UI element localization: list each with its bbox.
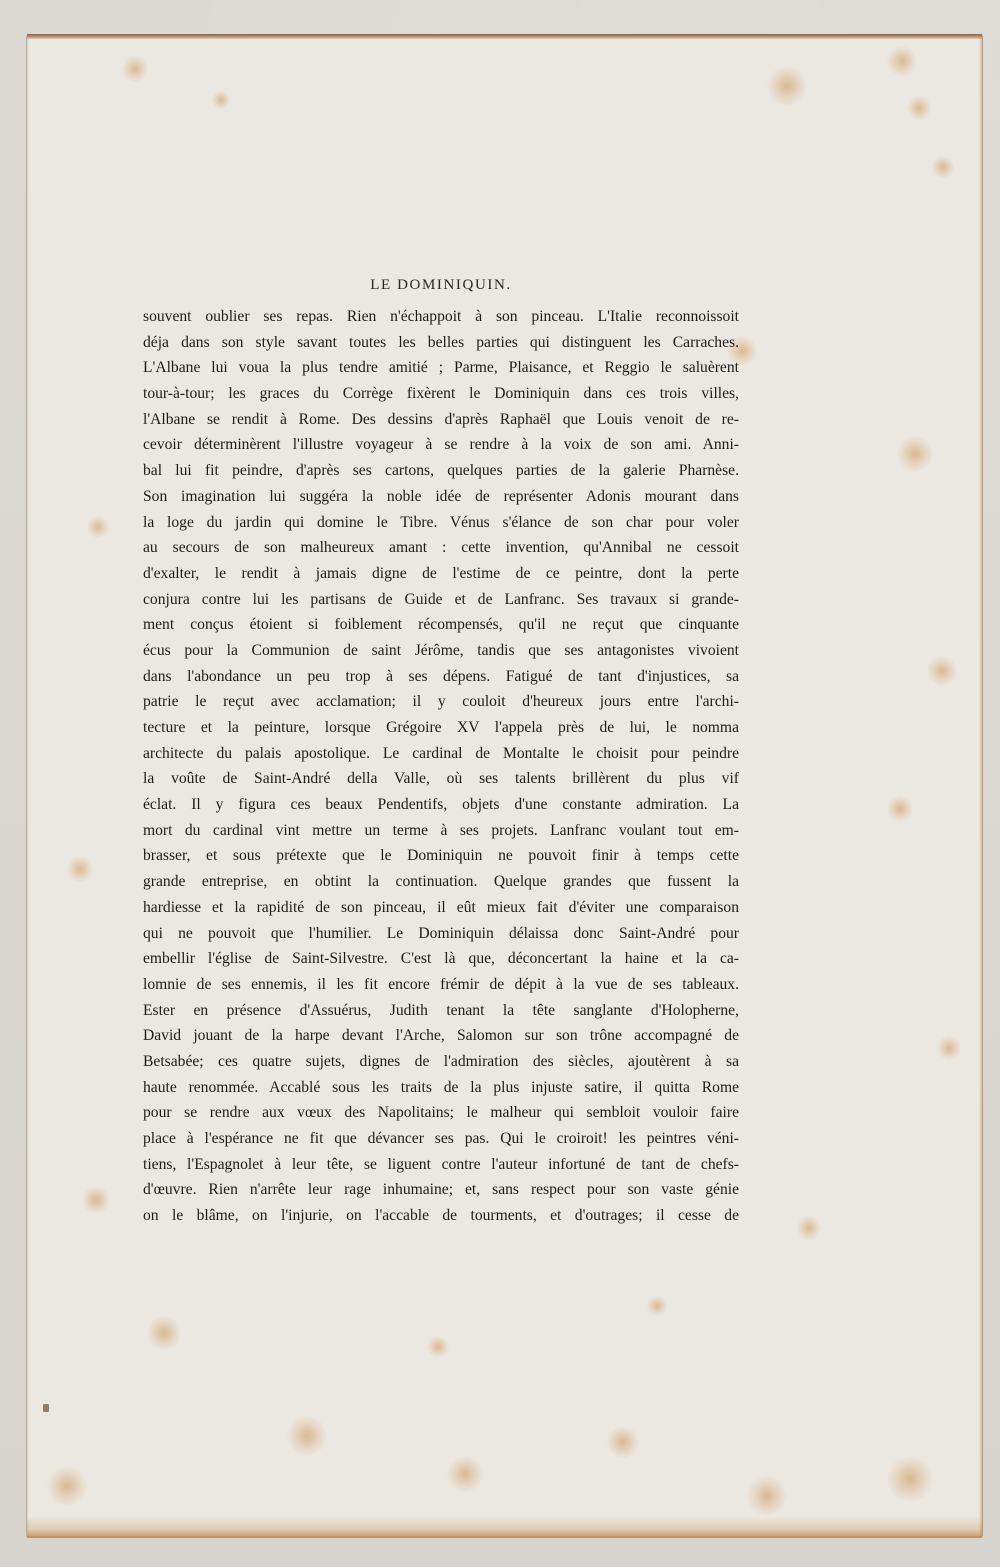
- foxing-stain: [447, 1456, 483, 1492]
- text-line: au secours de son malheureux amant : cet…: [143, 535, 739, 561]
- text-line: tour-à-tour; les graces du Corrège fixèr…: [143, 381, 739, 407]
- text-line: Ester en présence d'Assuérus, Judith ten…: [143, 998, 739, 1024]
- paper-edge-mark: [43, 1404, 49, 1412]
- foxing-stain: [932, 156, 954, 178]
- text-line: pour se rendre aux vœux des Napolitains;…: [143, 1100, 739, 1126]
- text-line: brasser, et sous prétexte que le Dominiq…: [143, 843, 739, 869]
- foxing-stain: [82, 1186, 110, 1214]
- running-title: LE DOMINIQUIN.: [143, 274, 739, 296]
- text-line: place à l'espérance ne fit que dévancer …: [143, 1126, 739, 1152]
- page-content: LE DOMINIQUIN. souvent oublier ses repas…: [143, 274, 739, 1229]
- foxing-stain: [747, 1476, 787, 1516]
- text-line: écus pour la Communion de saint Jérôme, …: [143, 638, 739, 664]
- text-line: architecte du palais apostolique. Le car…: [143, 741, 739, 767]
- sheet-bottom-edge: [27, 1516, 982, 1538]
- text-line: grande entreprise, en obtint la continua…: [143, 869, 739, 895]
- text-line: on le blâme, on l'injurie, on l'accable …: [143, 1203, 739, 1229]
- foxing-stain: [647, 1296, 667, 1316]
- foxing-stain: [887, 1456, 933, 1502]
- text-line: l'Albane se rendit à Rome. Des dessins d…: [143, 407, 739, 433]
- foxing-stain: [47, 1466, 87, 1506]
- foxing-stain: [212, 91, 230, 109]
- text-line: souvent oublier ses repas. Rien n'échapp…: [143, 304, 739, 330]
- sheet-left-edge: [26, 36, 29, 1536]
- text-line: éclat. Il y figura ces beaux Pendentifs,…: [143, 792, 739, 818]
- foxing-stain: [122, 56, 148, 82]
- text-line: qui ne pouvoit que l'humilier. Le Domini…: [143, 921, 739, 947]
- text-line: Betsabée; ces quatre sujets, dignes de l…: [143, 1049, 739, 1075]
- text-line: la loge du jardin qui domine le Tibre. V…: [143, 510, 739, 536]
- text-line: Son imagination lui suggéra la noble idé…: [143, 484, 739, 510]
- text-line: déja dans son style savant toutes les be…: [143, 330, 739, 356]
- sheet-top-edge: [27, 34, 982, 39]
- text-line: David jouant de la harpe devant l'Arche,…: [143, 1023, 739, 1049]
- foxing-stain: [887, 796, 913, 822]
- text-line: patrie le reçut avec acclamation; il y c…: [143, 689, 739, 715]
- foxing-stain: [147, 1316, 181, 1350]
- foxing-stain: [907, 96, 931, 120]
- foxing-stain: [67, 856, 93, 882]
- text-line: tiens, l'Espagnolet à leur tête, se ligu…: [143, 1152, 739, 1178]
- foxing-stain: [937, 1036, 961, 1060]
- foxing-stain: [927, 656, 957, 686]
- text-line: haute renommée. Accablé sous les traits …: [143, 1075, 739, 1101]
- foxing-stain: [427, 1336, 449, 1358]
- foxing-stain: [607, 1426, 639, 1458]
- text-line: tecture et la peinture, lorsque Grégoire…: [143, 715, 739, 741]
- text-line: mort du cardinal vint mettre un terme à …: [143, 818, 739, 844]
- text-line: lomnie de ses ennemis, il les fit encore…: [143, 972, 739, 998]
- foxing-stain: [767, 66, 807, 106]
- foxing-stain: [897, 436, 933, 472]
- text-line: ment conçus étoient si foiblement récomp…: [143, 612, 739, 638]
- text-line: dans l'abondance un peu trop à ses dépen…: [143, 664, 739, 690]
- text-line: d'œuvre. Rien n'arrête leur rage inhumai…: [143, 1177, 739, 1203]
- foxing-stain: [887, 46, 917, 76]
- text-line: conjura contre lui les partisans de Guid…: [143, 587, 739, 613]
- body-text: souvent oublier ses repas. Rien n'échapp…: [143, 304, 739, 1229]
- foxing-stain: [797, 1216, 821, 1240]
- text-line: la voûte de Saint-André della Valle, où …: [143, 766, 739, 792]
- sheet-right-edge: [979, 36, 983, 1536]
- text-line: d'exalter, le rendit à jamais digne de l…: [143, 561, 739, 587]
- foxing-stain: [87, 516, 109, 538]
- text-line: L'Albane lui voua la plus tendre amitié …: [143, 355, 739, 381]
- text-line: embellir l'église de Saint-Silvestre. C'…: [143, 946, 739, 972]
- text-line: hardiesse et la rapidité de son pinceau,…: [143, 895, 739, 921]
- paper-sheet: LE DOMINIQUIN. souvent oublier ses repas…: [27, 36, 982, 1536]
- text-line: bal lui fit peindre, d'après ses cartons…: [143, 458, 739, 484]
- foxing-stain: [287, 1416, 327, 1456]
- text-line: cevoir déterminèrent l'illustre voyageur…: [143, 432, 739, 458]
